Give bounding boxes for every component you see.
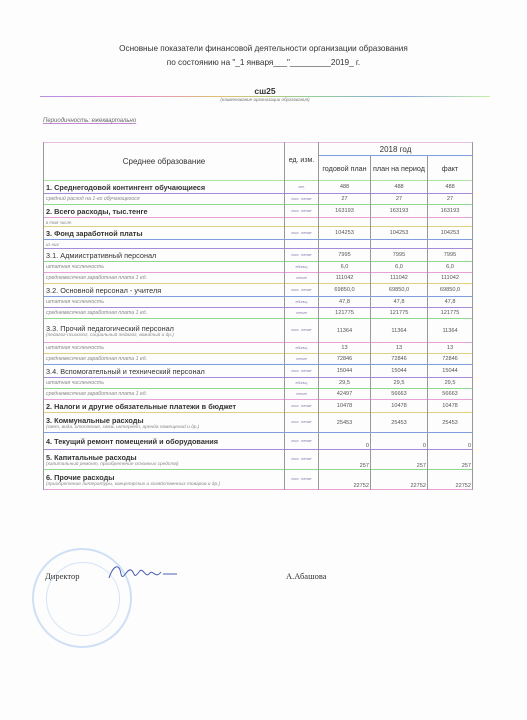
table-row: 3. Фонд заработной платытыс. тенге104253…	[44, 227, 473, 240]
row-label-note: (приобретение литературы, канцелярских и…	[46, 482, 284, 487]
table-row: среднемесячная заработная плата 1 ед.тен…	[44, 354, 473, 365]
cell-period: 7995	[371, 249, 428, 262]
cell-annual: 69850,0	[319, 284, 371, 297]
table-row: штатная численностьединиц47,847,847,8	[44, 297, 473, 308]
cell-fact: 257	[428, 450, 473, 470]
cell-period: 6,0	[371, 262, 428, 273]
cell-period: 111042	[371, 273, 428, 284]
cell-annual: 47,8	[319, 297, 371, 308]
cell-annual: 163193	[319, 205, 371, 218]
table-row: 6. Прочие расходы(приобретение литератур…	[44, 470, 473, 490]
cell-annual: 13	[319, 343, 371, 354]
table-row: 3. Коммунальные расходы(свет, вода, отоп…	[44, 413, 473, 433]
row-label-text: 1. Среднегодовой контингент обучающиеся	[46, 183, 205, 192]
row-label: в том числе:	[44, 218, 285, 227]
cell-fact: 56663	[428, 389, 473, 400]
row-label-text: штатная численность	[46, 299, 104, 305]
row-unit: тыс. тенге	[285, 205, 319, 218]
header-period-plan: план на период	[371, 156, 428, 181]
row-label-text: 3.4. Вспомогательный и технический персо…	[46, 367, 205, 376]
cell-annual: 6,0	[319, 262, 371, 273]
table-row: средний расход на 1-го обучающегосятыс. …	[44, 194, 473, 205]
table-row: 2. Налоги и другие обязательные платежи …	[44, 400, 473, 413]
row-unit	[285, 240, 319, 249]
row-label-text: 2. Налоги и другие обязательные платежи …	[46, 402, 236, 411]
row-unit: тыс. тенге	[285, 450, 319, 470]
signature-role: Директор	[45, 571, 80, 581]
cell-fact: 25453	[428, 413, 473, 433]
row-label-text: 3. Коммунальные расходы	[46, 416, 144, 425]
cell-annual	[319, 218, 371, 227]
row-unit: тыс. тенге	[285, 400, 319, 413]
row-unit: чел.	[285, 181, 319, 194]
cell-fact: 111042	[428, 273, 473, 284]
cell-period: 47,8	[371, 297, 428, 308]
cell-fact: 104253	[428, 227, 473, 240]
row-label-text: 3. Фонд заработной платы	[46, 229, 143, 238]
header-unit: ед. изм.	[285, 143, 319, 181]
table-row: 3.3. Прочий педагогический персонал(педа…	[44, 319, 473, 343]
cell-period: 25453	[371, 413, 428, 433]
row-label-text: 6. Прочие расходы	[46, 473, 114, 482]
cell-period: 72846	[371, 354, 428, 365]
row-unit: единиц	[285, 297, 319, 308]
cell-period: 257	[371, 450, 428, 470]
row-label-note: (свет, вода, отопление, связь интернет, …	[46, 425, 284, 430]
table-row: 3.1. Адмиистративный персоналтыс. тенге7…	[44, 249, 473, 262]
row-label: 3.1. Адмиистративный персонал	[44, 249, 285, 262]
cell-period: 56663	[371, 389, 428, 400]
row-label: из них:	[44, 240, 285, 249]
cell-annual: 0	[319, 433, 371, 450]
row-unit: единиц	[285, 378, 319, 389]
cell-fact: 27	[428, 194, 473, 205]
row-label: штатная численность	[44, 378, 285, 389]
cell-fact: 488	[428, 181, 473, 194]
cell-period: 0	[371, 433, 428, 450]
cell-annual: 10478	[319, 400, 371, 413]
table-row: 3.2. Основной персонал - учителятыс. тен…	[44, 284, 473, 297]
cell-period	[371, 218, 428, 227]
table-row: среднемесячная заработная плата 1 ед.тен…	[44, 273, 473, 284]
row-label: 5. Капитальные расходы(капитальный ремон…	[44, 450, 285, 470]
table-row: штатная численностьединиц131313	[44, 343, 473, 354]
row-label: среднемесячная заработная плата 1 ед.	[44, 308, 285, 319]
row-label: 3. Фонд заработной платы	[44, 227, 285, 240]
cell-period: 104253	[371, 227, 428, 240]
row-unit: тыс. тенге	[285, 319, 319, 343]
cell-fact: 163193	[428, 205, 473, 218]
cell-annual: 7995	[319, 249, 371, 262]
cell-fact: 6,0	[428, 262, 473, 273]
table-row: 4. Текущий ремонт помещений и оборудован…	[44, 433, 473, 450]
row-label-text: 3.2. Основной персонал - учителя	[46, 286, 161, 295]
cell-fact: 10478	[428, 400, 473, 413]
row-label: 6. Прочие расходы(приобретение литератур…	[44, 470, 285, 490]
header-annual-plan: годовой план	[319, 156, 371, 181]
cell-period: 488	[371, 181, 428, 194]
row-label-text: штатная численность	[46, 380, 104, 386]
cell-period: 163193	[371, 205, 428, 218]
table-row: среднемесячная заработная плата 1 ед.тен…	[44, 308, 473, 319]
cell-fact: 47,8	[428, 297, 473, 308]
table-row: штатная численностьединиц6,06,06,0	[44, 262, 473, 273]
table-row: в том числе:	[44, 218, 473, 227]
row-unit: тыс. тенге	[285, 470, 319, 490]
row-label-text: 4. Текущий ремонт помещений и оборудован…	[46, 437, 218, 446]
cell-fact: 13	[428, 343, 473, 354]
cell-annual: 15044	[319, 365, 371, 378]
cell-annual: 488	[319, 181, 371, 194]
table-row: 5. Капитальные расходы(капитальный ремон…	[44, 450, 473, 470]
organization-caption: (наименование организации образования)	[200, 97, 330, 102]
cell-annual: 22752	[319, 470, 371, 490]
row-unit: тенге	[285, 308, 319, 319]
row-label-text: штатная численность	[46, 264, 104, 270]
table-row: из них:	[44, 240, 473, 249]
row-label-text: 3.3. Прочий педагогический персонал	[46, 324, 174, 333]
row-unit: тыс. тенге	[285, 413, 319, 433]
cell-annual: 104253	[319, 227, 371, 240]
cell-period: 13	[371, 343, 428, 354]
table-row: среднемесячная заработная плата 1 ед.тен…	[44, 389, 473, 400]
cell-fact: 72846	[428, 354, 473, 365]
row-label-text: среднемесячная заработная плата 1 ед.	[46, 310, 147, 316]
cell-annual: 42497	[319, 389, 371, 400]
periodicity-label: Периодичность: ежеквартально	[43, 118, 136, 124]
table-row: 3.4. Вспомогательный и технический персо…	[44, 365, 473, 378]
row-unit: тыс. тенге	[285, 433, 319, 450]
cell-period: 29,5	[371, 378, 428, 389]
document-title: Основные показатели финансовой деятельно…	[0, 44, 527, 53]
cell-fact: 0	[428, 433, 473, 450]
header-fact: факт	[428, 156, 473, 181]
row-label-text: среднемесячная заработная плата 1 ед.	[46, 356, 147, 362]
cell-fact: 22752	[428, 470, 473, 490]
row-unit: тыс. тенге	[285, 194, 319, 205]
cell-period: 11364	[371, 319, 428, 343]
row-label: 2. Налоги и другие обязательные платежи …	[44, 400, 285, 413]
row-label: 3.2. Основной персонал - учителя	[44, 284, 285, 297]
row-unit	[285, 218, 319, 227]
row-label-text: в том числе:	[46, 220, 72, 225]
table-row: 1. Среднегодовой контингент обучающиесяч…	[44, 181, 473, 194]
cell-fact	[428, 240, 473, 249]
row-label: 3.4. Вспомогательный и технический персо…	[44, 365, 285, 378]
cell-fact: 29,5	[428, 378, 473, 389]
cell-period: 10478	[371, 400, 428, 413]
row-label-text: 2. Всего расходы, тыс.тенге	[46, 207, 148, 216]
cell-period	[371, 240, 428, 249]
table-row: штатная численностьединиц29,529,529,5	[44, 378, 473, 389]
row-unit: единиц	[285, 343, 319, 354]
header-education-level: Среднее образование	[44, 143, 285, 181]
director-signature	[105, 558, 185, 588]
row-unit: тыс. тенге	[285, 284, 319, 297]
row-label: штатная численность	[44, 297, 285, 308]
cell-fact: 11364	[428, 319, 473, 343]
signature-name: А.Абашова	[286, 571, 327, 581]
row-label-text: штатная численность	[46, 345, 104, 351]
document-date-line: по состоянию на "_1 января___"_________2…	[0, 58, 527, 67]
table-row: 2. Всего расходы, тыс.тенгетыс. тенге163…	[44, 205, 473, 218]
row-label-text: среднемесячная заработная плата 1 ед.	[46, 391, 147, 397]
row-label: 4. Текущий ремонт помещений и оборудован…	[44, 433, 285, 450]
cell-annual: 257	[319, 450, 371, 470]
row-unit: тыс. тенге	[285, 365, 319, 378]
row-label: среднемесячная заработная плата 1 ед.	[44, 273, 285, 284]
row-unit: единиц	[285, 262, 319, 273]
cell-period: 121775	[371, 308, 428, 319]
row-label-text: 3.1. Адмиистративный персонал	[46, 251, 156, 260]
cell-fact: 69850,0	[428, 284, 473, 297]
cell-period: 22752	[371, 470, 428, 490]
row-label-note: (педагог-психолог, социальный педагог, в…	[46, 333, 284, 338]
row-label: штатная численность	[44, 262, 285, 273]
cell-period: 69850,0	[371, 284, 428, 297]
row-label: 2. Всего расходы, тыс.тенге	[44, 205, 285, 218]
row-label: 3.3. Прочий педагогический персонал(педа…	[44, 319, 285, 343]
row-label: штатная численность	[44, 343, 285, 354]
cell-fact: 15044	[428, 365, 473, 378]
cell-annual: 11364	[319, 319, 371, 343]
cell-annual: 25453	[319, 413, 371, 433]
cell-annual: 27	[319, 194, 371, 205]
row-label-text: из них:	[46, 242, 60, 247]
cell-fact: 121775	[428, 308, 473, 319]
cell-annual: 29,5	[319, 378, 371, 389]
cell-annual: 72846	[319, 354, 371, 365]
row-label: 3. Коммунальные расходы(свет, вода, отоп…	[44, 413, 285, 433]
row-label: среднемесячная заработная плата 1 ед.	[44, 389, 285, 400]
row-label-text: 5. Капитальные расходы	[46, 453, 137, 462]
row-unit: тыс. тенге	[285, 227, 319, 240]
cell-annual: 111042	[319, 273, 371, 284]
cell-fact: 7995	[428, 249, 473, 262]
financial-indicators-table: Среднее образование ед. изм. 2018 год го…	[43, 142, 473, 490]
row-label: 1. Среднегодовой контингент обучающиеся	[44, 181, 285, 194]
cell-annual: 121775	[319, 308, 371, 319]
row-label-text: средний расход на 1-го обучающегося	[46, 196, 140, 202]
row-label: среднемесячная заработная плата 1 ед.	[44, 354, 285, 365]
row-unit: тенге	[285, 273, 319, 284]
row-label-text: среднемесячная заработная плата 1 ед.	[46, 275, 147, 281]
organization-name: сш25	[200, 86, 330, 96]
cell-period: 27	[371, 194, 428, 205]
row-label: средний расход на 1-го обучающегося	[44, 194, 285, 205]
cell-period: 15044	[371, 365, 428, 378]
cell-fact	[428, 218, 473, 227]
row-label-note: (капитальный ремонт, приобретение основн…	[46, 462, 284, 467]
header-year: 2018 год	[319, 143, 473, 156]
row-unit: тенге	[285, 389, 319, 400]
cell-annual	[319, 240, 371, 249]
row-unit: тыс. тенге	[285, 249, 319, 262]
row-unit: тенге	[285, 354, 319, 365]
